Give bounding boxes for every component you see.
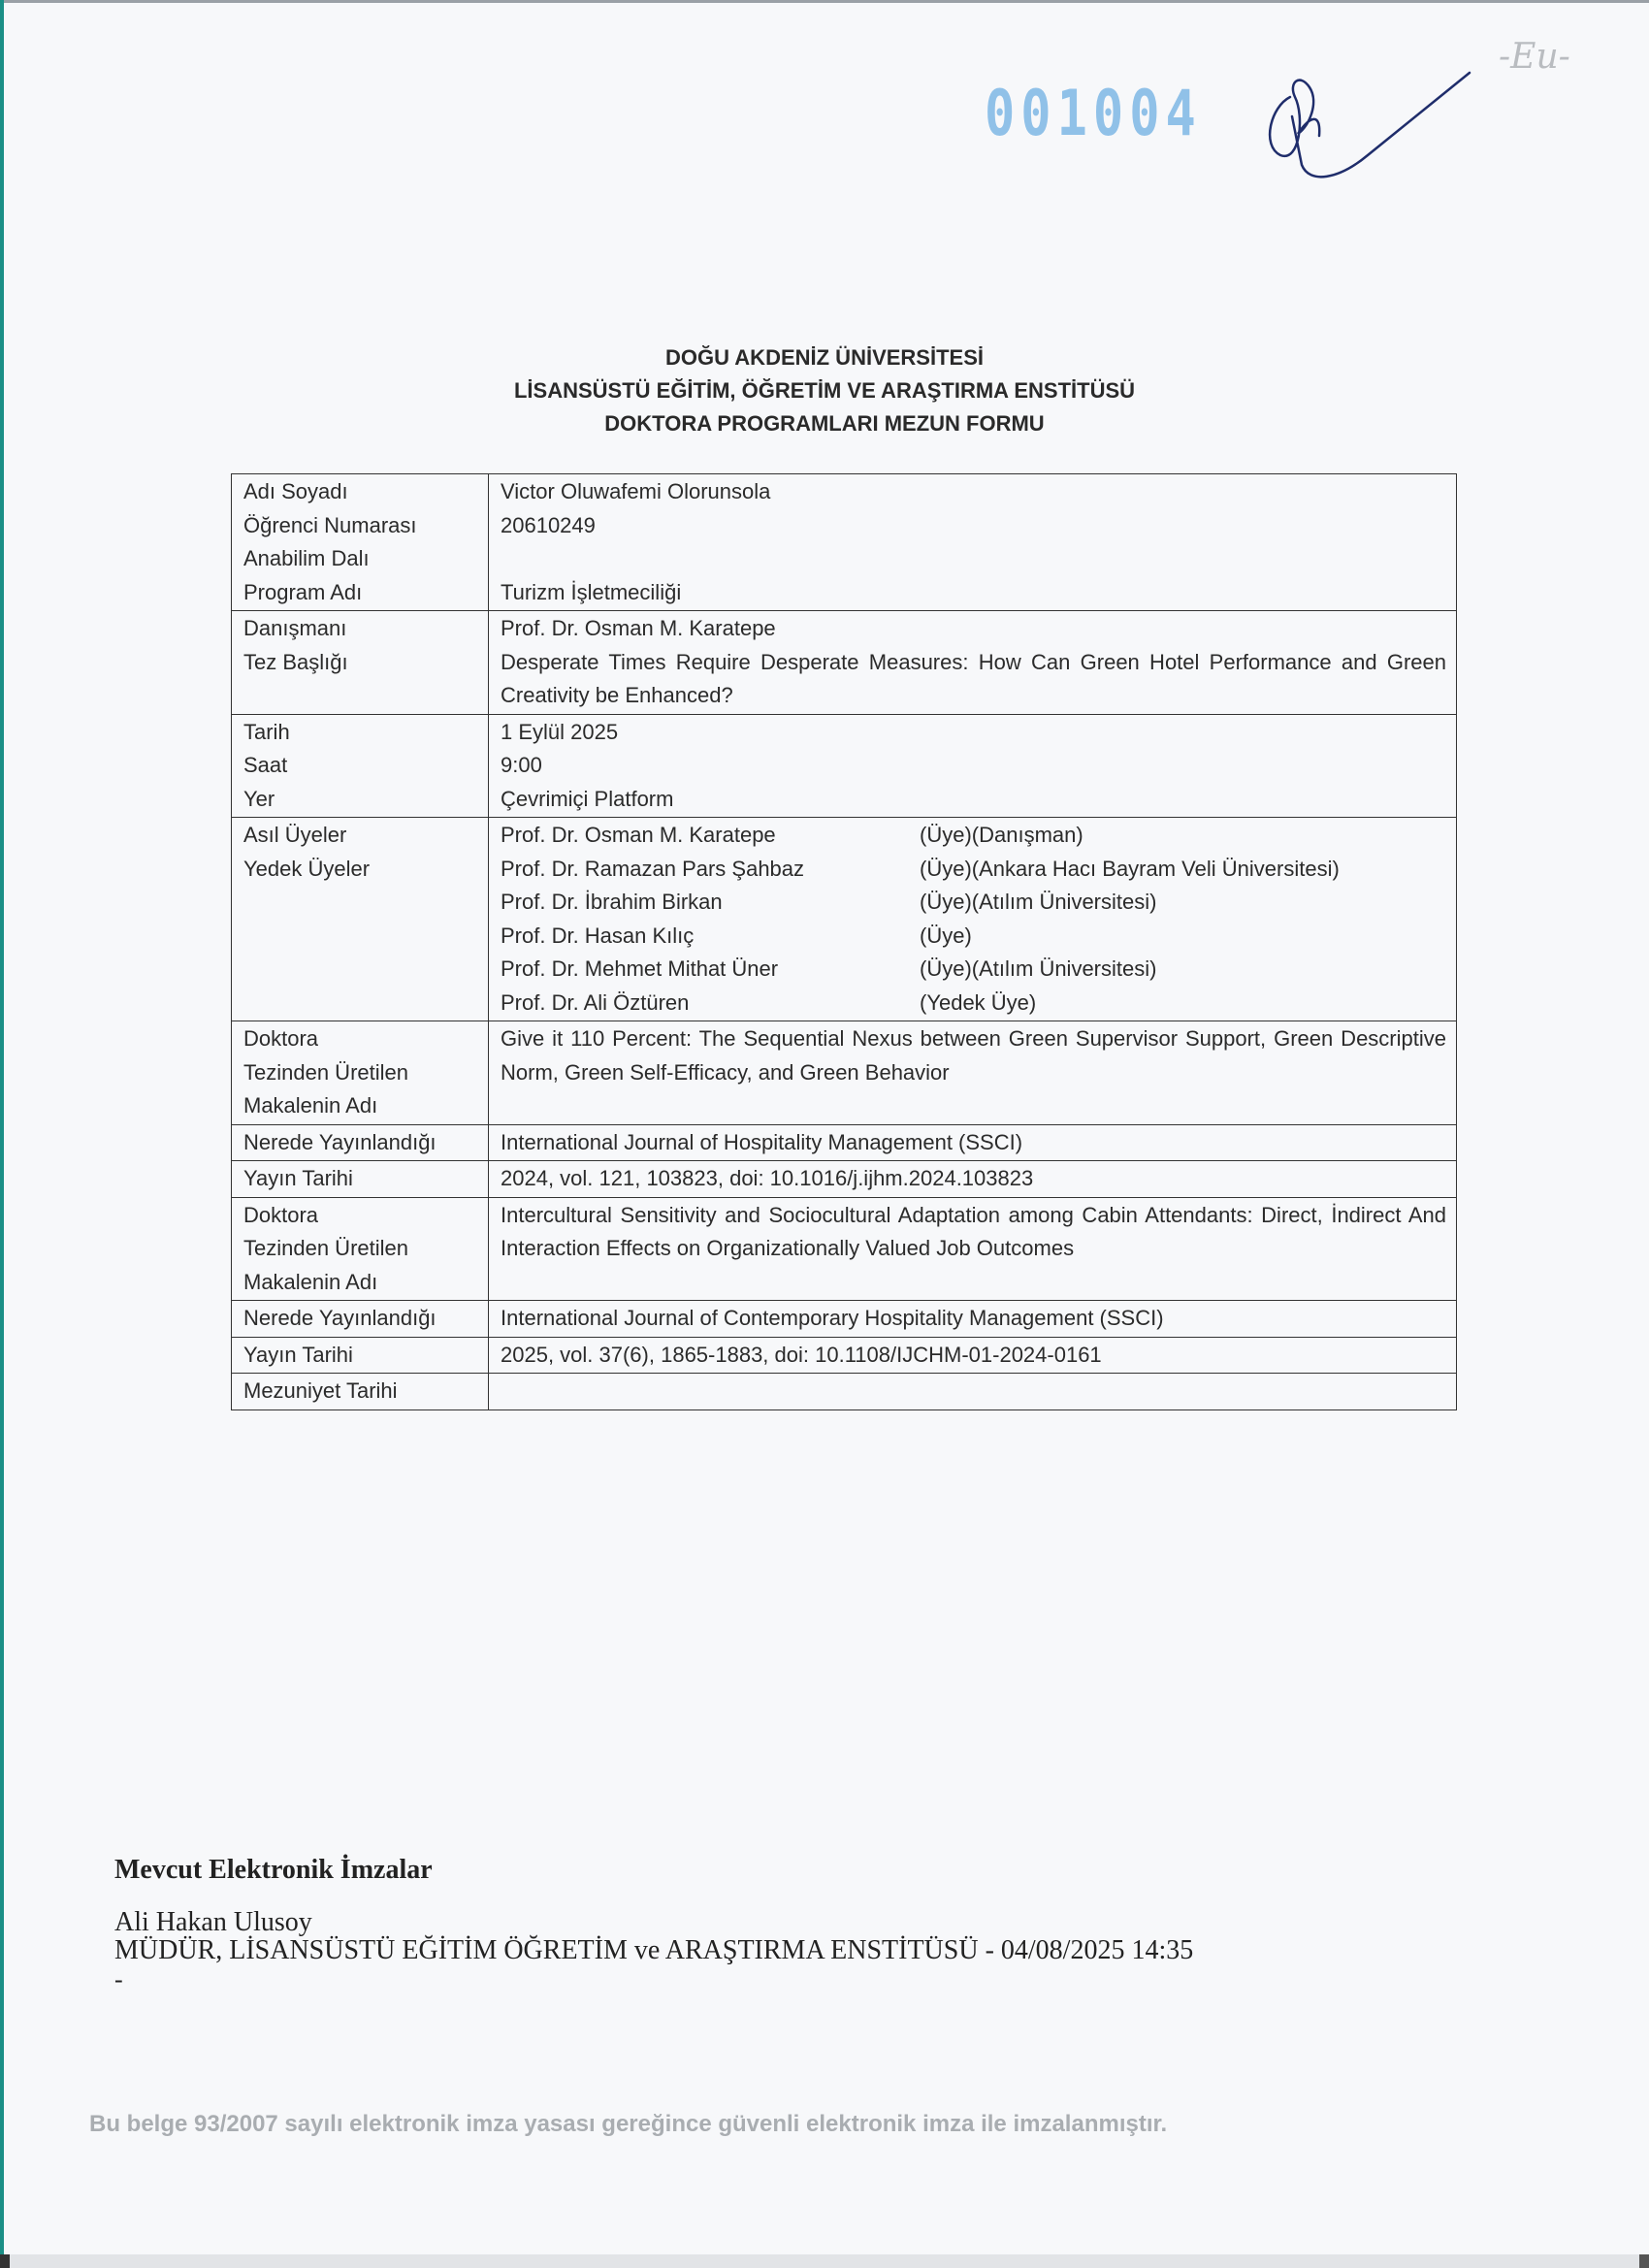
member-name: Prof. Dr. Mehmet Mithat Üner xyxy=(501,953,920,987)
committee-member: Prof. Dr. Ramazan Pars Şahbaz(Üye)(Ankar… xyxy=(501,853,1446,887)
defense-date: 1 Eylül 2025 xyxy=(501,716,1446,750)
article-2-date: 2025, vol. 37(6), 1865-1883, doi: 10.110… xyxy=(501,1339,1446,1373)
member-name: Prof. Dr. Ali Öztüren xyxy=(501,987,920,1021)
committee-member: Prof. Dr. Hasan Kılıç(Üye) xyxy=(501,920,1446,954)
member-name: Prof. Dr. Osman M. Karatepe xyxy=(501,819,920,853)
label-article: Doktora xyxy=(243,1022,478,1056)
signer-name: Ali Hakan Ulusoy xyxy=(114,1909,1193,1936)
label-thesis-title: Tez Başlığı xyxy=(243,646,478,680)
article-1-title-row: Doktora Tezinden Üretilen Makalenin Adı … xyxy=(232,1021,1457,1125)
label-article: Doktora xyxy=(243,1199,478,1233)
defense-place: Çevrimiçi Platform xyxy=(501,783,1446,817)
member-role: (Üye)(Atılım Üniversitesi) xyxy=(920,886,1156,920)
esig-title: Mevcut Elektronik İmzalar xyxy=(114,1853,1193,1888)
thesis-row: Danışmanı Tez Başlığı Prof. Dr. Osman M.… xyxy=(232,611,1457,715)
label-venue: Nerede Yayınlandığı xyxy=(243,1302,478,1336)
thesis-title: Desperate Times Require Desperate Measur… xyxy=(501,646,1446,713)
committee-row: Asıl Üyeler Yedek Üyeler Prof. Dr. Osman… xyxy=(232,818,1457,1021)
member-role: (Üye)(Danışman) xyxy=(920,819,1083,853)
member-name: Prof. Dr. Ramazan Pars Şahbaz xyxy=(501,853,920,887)
handwritten-corner-mark: -Eu- xyxy=(1499,37,1570,77)
scan-edge-bottom xyxy=(0,2254,1649,2268)
defense-row: Tarih Saat Yer 1 Eylül 2025 9:00 Çevrimi… xyxy=(232,714,1457,818)
defense-time: 9:00 xyxy=(501,749,1446,783)
member-role: (Üye)(Ankara Hacı Bayram Veli Üniversite… xyxy=(920,853,1340,887)
student-info-row: Adı Soyadı Öğrenci Numarası Anabilim Dal… xyxy=(232,474,1457,611)
graduation-date xyxy=(501,1375,1446,1409)
advisor-name: Prof. Dr. Osman M. Karatepe xyxy=(501,612,1446,646)
label-publication-date: Yayın Tarihi xyxy=(243,1339,478,1373)
committee-member: Prof. Dr. Mehmet Mithat Üner(Üye)(Atılım… xyxy=(501,953,1446,987)
member-role: (Üye)(Atılım Üniversitesi) xyxy=(920,953,1156,987)
electronic-signatures: Mevcut Elektronik İmzalar Ali Hakan Ulus… xyxy=(114,1853,1193,1994)
label-article: Makalenin Adı xyxy=(243,1266,478,1300)
label-publication-date: Yayın Tarihi xyxy=(243,1162,478,1196)
department-value xyxy=(501,542,1446,576)
label-main-members: Asıl Üyeler xyxy=(243,819,478,853)
document-number-stamp: 001004 xyxy=(985,78,1202,150)
article-1-venue: International Journal of Hospitality Man… xyxy=(501,1126,1446,1160)
label-place: Yer xyxy=(243,783,478,817)
member-name: Prof. Dr. İbrahim Birkan xyxy=(501,886,920,920)
label-advisor: Danışmanı xyxy=(243,612,478,646)
document-heading: DOĞU AKDENİZ ÜNİVERSİTESİ LİSANSÜSTÜ EĞİ… xyxy=(0,341,1649,440)
label-article: Tezinden Üretilen xyxy=(243,1232,478,1266)
handwritten-signature-icon xyxy=(1251,58,1484,184)
committee-member: Prof. Dr. Ali Öztüren(Yedek Üye) xyxy=(501,987,1446,1021)
label-substitute-members: Yedek Üyeler xyxy=(243,853,478,887)
student-name: Victor Oluwafemi Olorunsola xyxy=(501,475,1446,509)
scan-edge-left xyxy=(0,0,4,2268)
article-2-venue: International Journal of Contemporary Ho… xyxy=(501,1302,1446,1336)
label-name: Adı Soyadı xyxy=(243,475,478,509)
article-2-date-row: Yayın Tarihi 2025, vol. 37(6), 1865-1883… xyxy=(232,1337,1457,1374)
committee-member: Prof. Dr. İbrahim Birkan(Üye)(Atılım Üni… xyxy=(501,886,1446,920)
university-name: DOĞU AKDENİZ ÜNİVERSİTESİ xyxy=(0,341,1649,374)
signer-role: MÜDÜR, LİSANSÜSTÜ EĞİTİM ÖĞRETİM ve ARAŞ… xyxy=(114,1936,1193,1965)
form-title: DOKTORA PROGRAMLARI MEZUN FORMU xyxy=(0,407,1649,440)
institute-name: LİSANSÜSTÜ EĞİTİM, ÖĞRETİM VE ARAŞTIRMA … xyxy=(0,374,1649,407)
article-1-venue-row: Nerede Yayınlandığı International Journa… xyxy=(232,1124,1457,1161)
legal-note: Bu belge 93/2007 sayılı elektronik imza … xyxy=(89,2111,1167,2138)
graduation-row: Mezuniyet Tarihi xyxy=(232,1374,1457,1410)
label-venue: Nerede Yayınlandığı xyxy=(243,1126,478,1160)
article-2-title-row: Doktora Tezinden Üretilen Makalenin Adı … xyxy=(232,1197,1457,1301)
label-article: Tezinden Üretilen xyxy=(243,1056,478,1090)
graduate-form-table: Adı Soyadı Öğrenci Numarası Anabilim Dal… xyxy=(231,473,1457,1410)
label-date: Tarih xyxy=(243,716,478,750)
label-program: Program Adı xyxy=(243,576,478,610)
article-2-venue-row: Nerede Yayınlandığı International Journa… xyxy=(232,1301,1457,1338)
member-role: (Üye) xyxy=(920,920,972,954)
article-1-date: 2024, vol. 121, 103823, doi: 10.1016/j.i… xyxy=(501,1162,1446,1196)
program-name: Turizm İşletmeciliği xyxy=(501,576,1446,610)
article-1-date-row: Yayın Tarihi 2024, vol. 121, 103823, doi… xyxy=(232,1161,1457,1198)
label-article: Makalenin Adı xyxy=(243,1089,478,1123)
committee-member: Prof. Dr. Osman M. Karatepe(Üye)(Danışma… xyxy=(501,819,1446,853)
label-department: Anabilim Dalı xyxy=(243,542,478,576)
article-1-title: Give it 110 Percent: The Sequential Nexu… xyxy=(501,1022,1446,1089)
scan-edge-top xyxy=(0,0,1649,3)
esig-trailing: - xyxy=(114,1965,1193,1994)
article-2-title: Intercultural Sensitivity and Sociocultu… xyxy=(501,1199,1446,1266)
member-name: Prof. Dr. Hasan Kılıç xyxy=(501,920,920,954)
label-student-number: Öğrenci Numarası xyxy=(243,509,478,543)
member-role: (Yedek Üye) xyxy=(920,987,1036,1021)
label-time: Saat xyxy=(243,749,478,783)
label-graduation-date: Mezuniyet Tarihi xyxy=(243,1375,478,1409)
student-number: 20610249 xyxy=(501,509,1446,543)
